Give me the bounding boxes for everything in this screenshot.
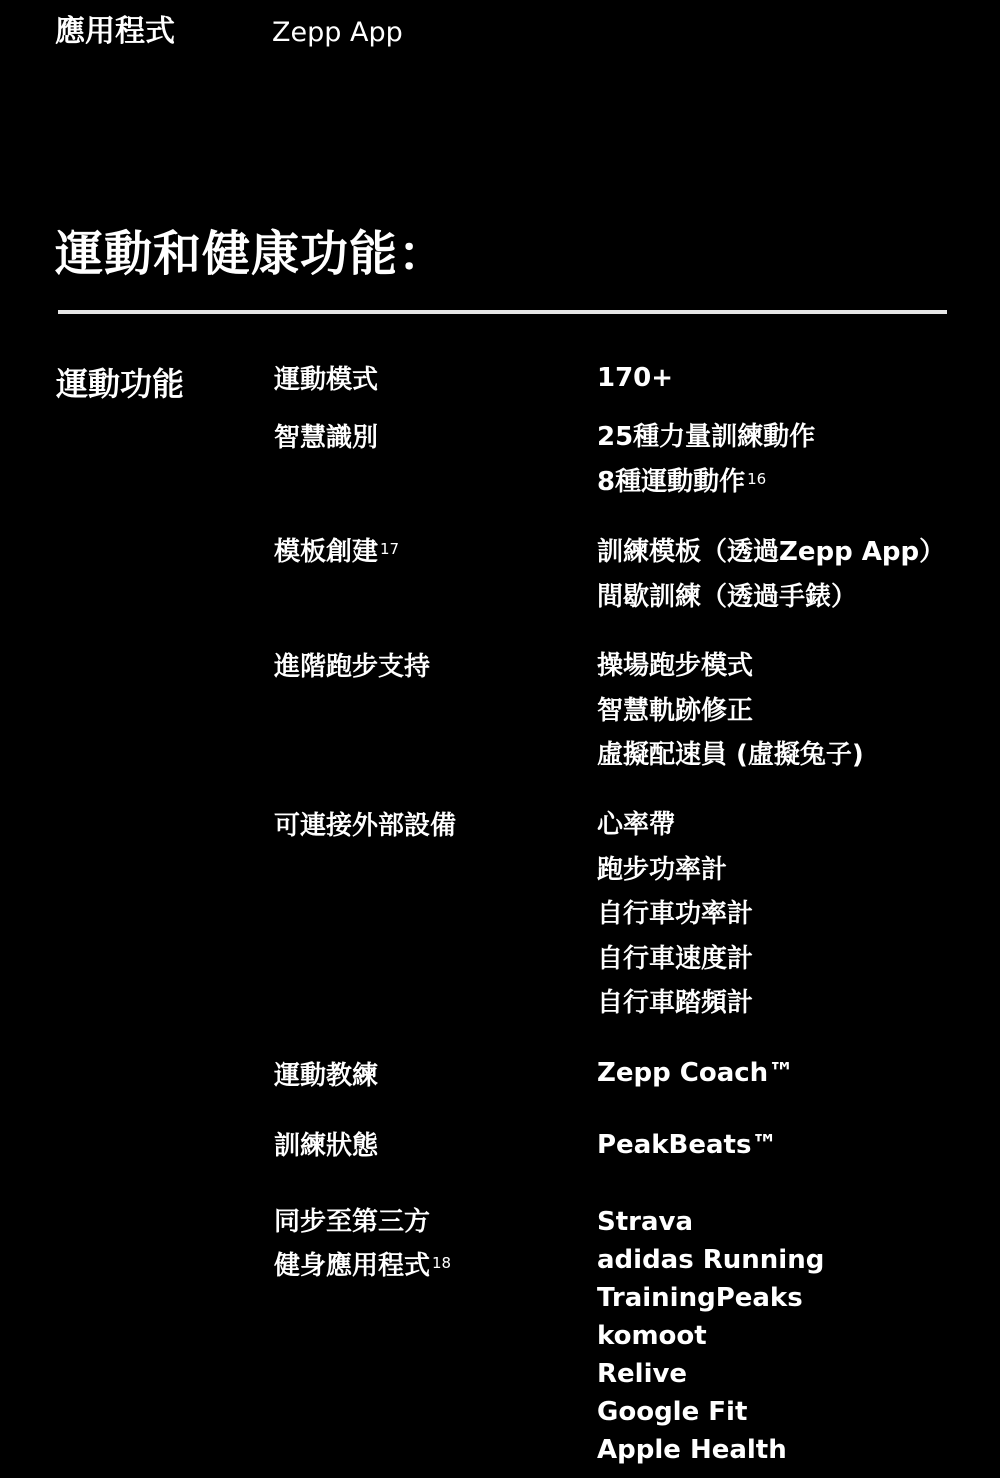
feature-value: TrainingPeaks	[597, 1279, 824, 1317]
feature-values-training-status: PeakBeats™	[597, 1126, 777, 1164]
feature-value: 操場跑步模式	[597, 644, 864, 689]
feature-name-sport-modes: 運動模式	[274, 358, 378, 402]
app-value: Zepp App	[272, 14, 403, 52]
feature-value: Relive	[597, 1355, 824, 1393]
feature-value: adidas Running	[597, 1241, 824, 1279]
feature-value: Apple Health	[597, 1431, 824, 1469]
feature-value: 虛擬配速員 (虛擬兔子)	[597, 733, 864, 778]
feature-value: komoot	[597, 1317, 824, 1355]
feature-values-template-creation: 訓練模板（透過Zepp App） 間歇訓練（透過手錶）	[597, 530, 945, 619]
feature-values-third-party-sync: Strava adidas Running TrainingPeaks komo…	[597, 1203, 824, 1469]
feature-values-advanced-running: 操場跑步模式 智慧軌跡修正 虛擬配速員 (虛擬兔子)	[597, 644, 864, 778]
feature-value: Strava	[597, 1203, 824, 1241]
footnote-marker: 17	[380, 540, 399, 558]
feature-value: 8種運動動作16	[597, 460, 815, 505]
feature-name-advanced-running: 進階跑步支持	[274, 645, 430, 689]
feature-name-smart-recognition: 智慧識別	[274, 416, 378, 460]
feature-values-external-devices: 心率帶 跑步功率計 自行車功率計 自行車速度計 自行車踏頻計	[597, 803, 753, 1026]
feature-name-training-status: 訓練狀態	[274, 1124, 378, 1168]
category-label: 運動功能	[56, 362, 184, 406]
feature-name-external-devices: 可連接外部設備	[274, 804, 456, 848]
feature-name-third-party-sync: 同步至第三方 健身應用程式18	[274, 1200, 451, 1288]
feature-value: 自行車踏頻計	[597, 981, 753, 1026]
feature-value: 智慧軌跡修正	[597, 689, 864, 734]
app-label: 應用程式	[55, 12, 175, 52]
feature-value: 訓練模板（透過Zepp App）	[597, 530, 945, 575]
feature-values-smart-recognition: 25種力量訓練動作 8種運動動作16	[597, 415, 815, 504]
feature-value: Zepp Coach™	[597, 1054, 794, 1092]
footnote-marker: 16	[747, 470, 766, 488]
feature-values-sport-coach: Zepp Coach™	[597, 1054, 794, 1092]
footnote-marker: 18	[432, 1254, 451, 1272]
feature-value: 170+	[597, 356, 673, 401]
feature-value: 跑步功率計	[597, 848, 753, 893]
feature-value: 25種力量訓練動作	[597, 415, 815, 460]
feature-name-template-creation: 模板創建17	[274, 530, 399, 574]
feature-name-sport-coach: 運動教練	[274, 1054, 378, 1098]
feature-value: 自行車功率計	[597, 892, 753, 937]
feature-values-sport-modes: 170+	[597, 356, 673, 401]
feature-value: 間歇訓練（透過手錶）	[597, 575, 945, 620]
feature-value: 自行車速度計	[597, 937, 753, 982]
feature-value: PeakBeats™	[597, 1126, 777, 1164]
section-divider	[58, 310, 947, 314]
section-title: 運動和健康功能：	[55, 224, 447, 284]
feature-value: 心率帶	[597, 803, 753, 848]
feature-value: Google Fit	[597, 1393, 824, 1431]
